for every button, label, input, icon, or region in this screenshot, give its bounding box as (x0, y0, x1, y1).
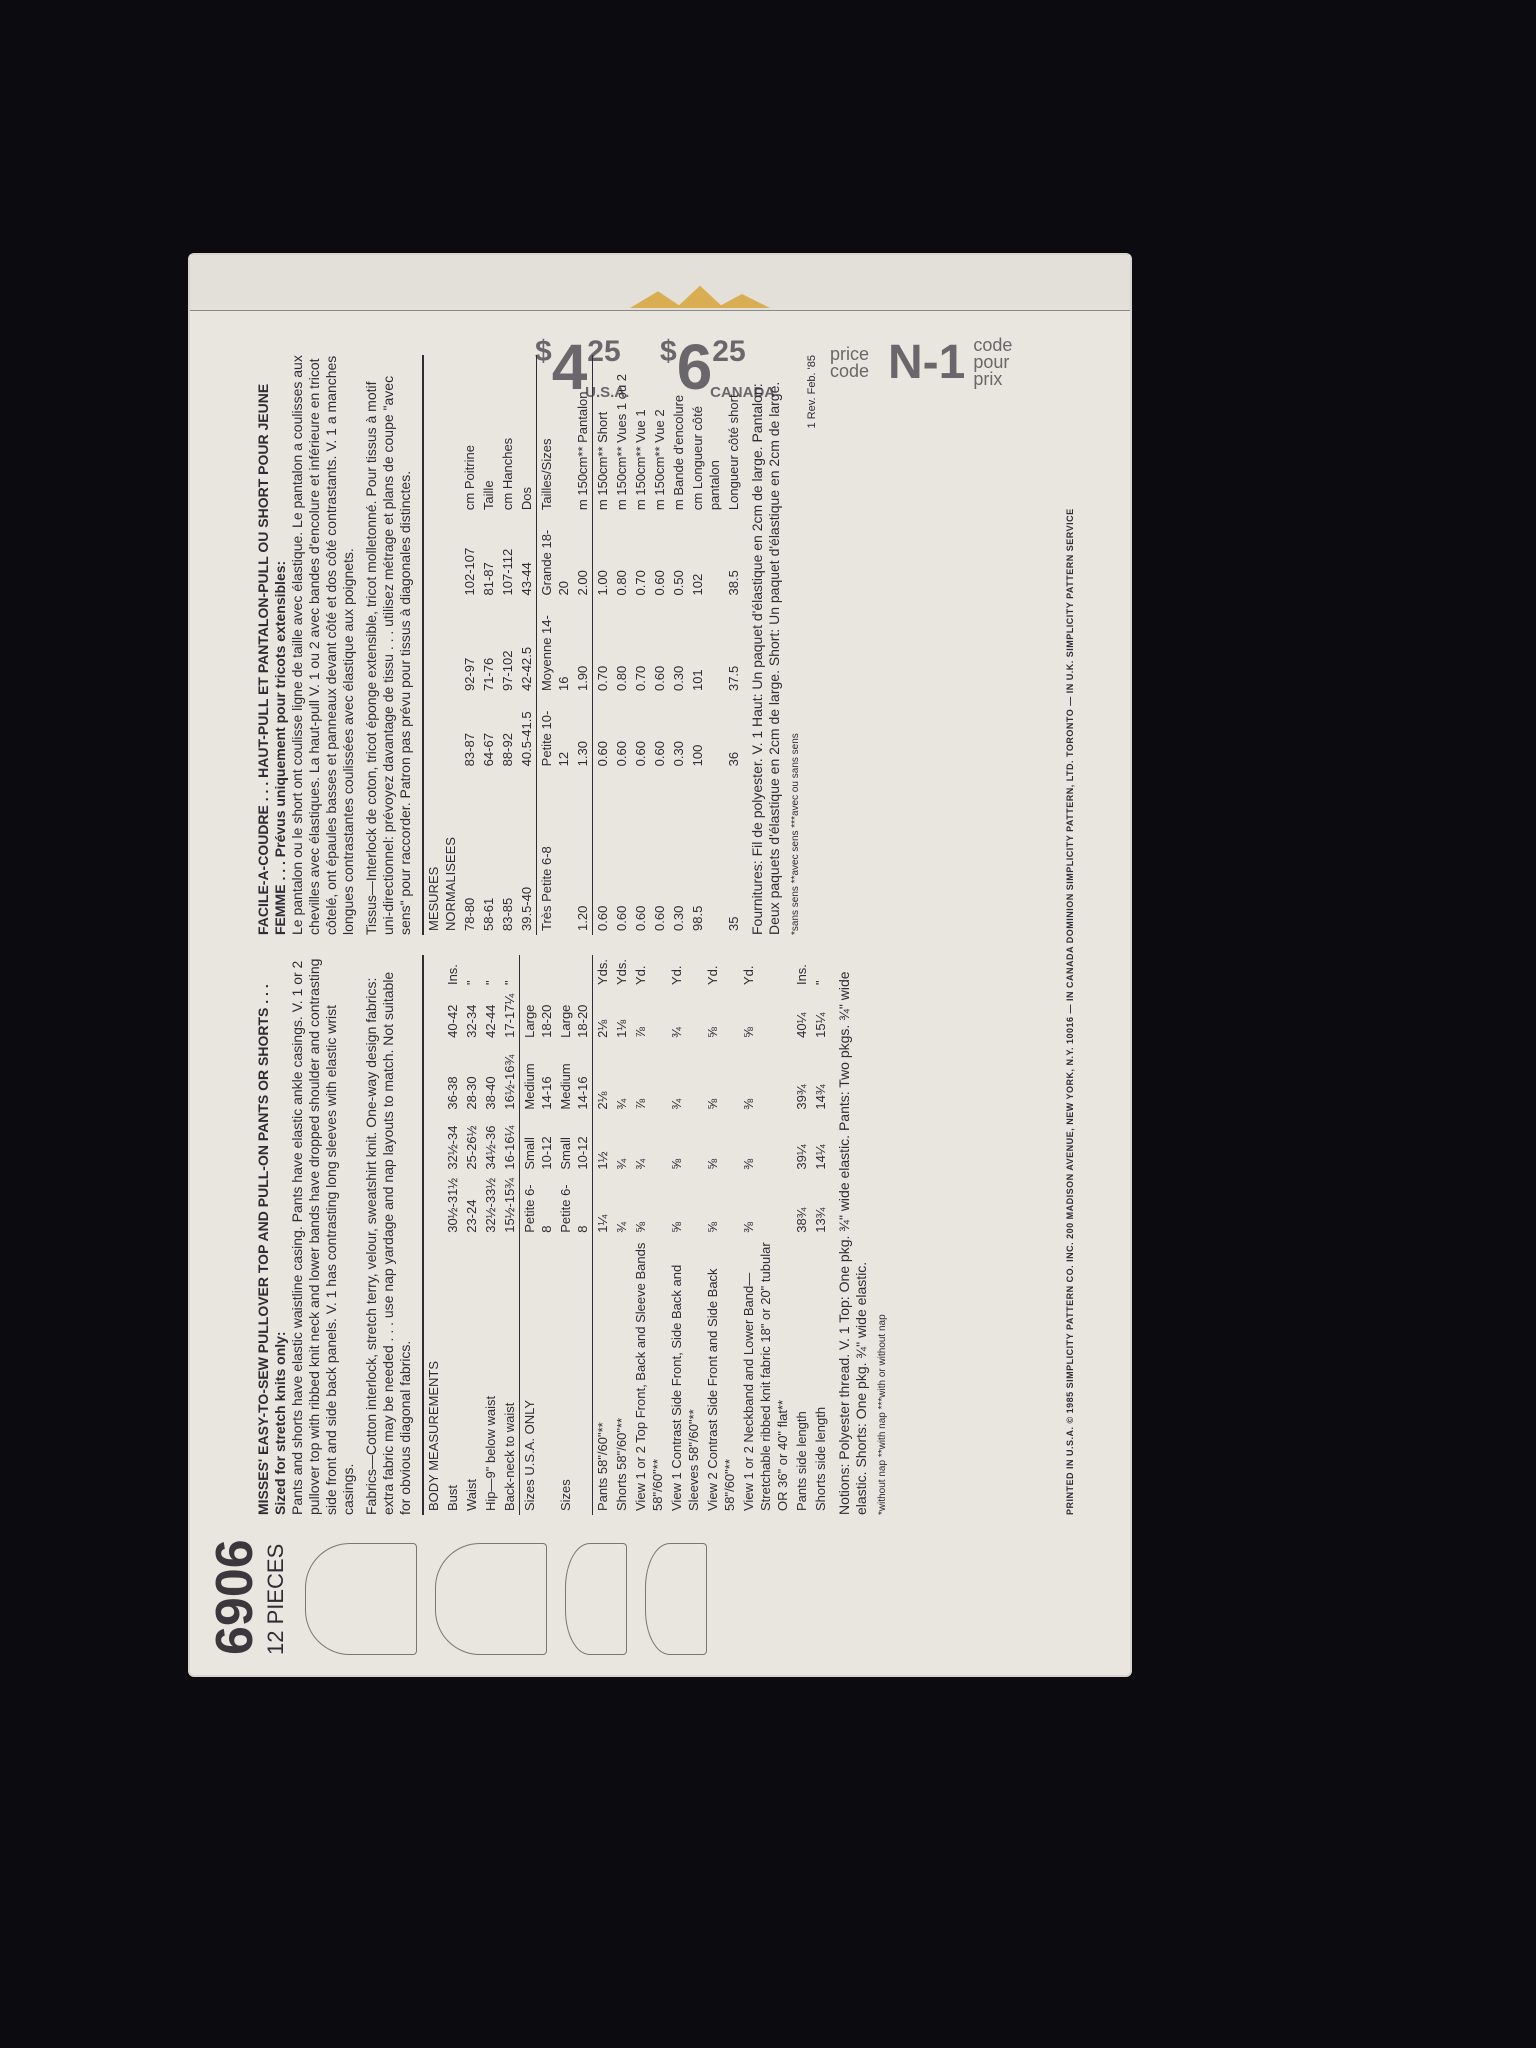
table-cell: Longueur côté short (724, 355, 743, 514)
yellow-tape (630, 280, 770, 308)
table-cell: Sizes U.S.A. ONLY (520, 1237, 557, 1515)
table-cell: 38.5 (724, 514, 743, 599)
table-cell: m 150cm** Short (593, 355, 613, 514)
table-cell: Yd. (667, 955, 703, 989)
table-cell: 32½-33½ (481, 1174, 500, 1237)
table-cell: 40.5-41.5 (517, 695, 537, 770)
table-cell: 78-80 (460, 770, 479, 935)
table-row: 98.5100101102cm Longueur côté pantalon (688, 355, 724, 935)
table-cell: 0.60 (612, 770, 631, 935)
table-cell: ⅞ (631, 1042, 667, 1114)
table-cell: 1.30 (573, 695, 593, 770)
table-cell: ¾ (612, 1042, 631, 1114)
table-cell: ⅞ (631, 989, 667, 1042)
french-section: FACILE-A-COUDRE . . . HAUT-PULL ET PANTA… (255, 355, 821, 935)
table-cell: Grande 18-20 (537, 514, 574, 599)
envelope-flap (190, 255, 1130, 311)
table-cell: 15½-15¾ (500, 1174, 520, 1237)
view-sketches (305, 1535, 725, 1655)
table-cell: 88-92 (498, 695, 517, 770)
table-cell (423, 514, 460, 599)
table-cell: 0.60 (631, 770, 650, 935)
table-row: View 1 or 2 Neckband and Lower Band—Stre… (739, 955, 792, 1515)
table-cell: 16½-16¾ (500, 1042, 520, 1114)
table-row: 83-8588-9297-102107-112cm Hanches (498, 355, 517, 935)
table-cell (423, 1042, 443, 1114)
table-cell: 0.60 (650, 514, 669, 599)
table-cell: 39¾ (792, 1042, 811, 1114)
table-cell: 0.70 (631, 600, 650, 696)
table-cell: 42-44 (481, 989, 500, 1042)
table-row: Back-neck to waist15½-15¾16-16¼16½-16¾17… (500, 955, 520, 1515)
table-cell: 14¼ (811, 1114, 830, 1174)
table-row: Hip—9" below waist32½-33½34½-3638-4042-4… (481, 955, 500, 1515)
table-cell: 32½-34 (443, 1114, 462, 1174)
table-cell: Taille (479, 355, 498, 514)
table-cell: Medium 14-16 (556, 1042, 593, 1114)
table-cell: 36-38 (443, 1042, 462, 1114)
table-cell: 107-112 (498, 514, 517, 599)
table-cell: 58-61 (479, 770, 498, 935)
pieces-count: 12 PIECES (263, 1544, 289, 1655)
table-cell: 0.80 (612, 600, 631, 696)
table-cell: 28-30 (462, 1042, 481, 1114)
table-cell: 39¼ (792, 1114, 811, 1174)
table-cell: 43-44 (517, 514, 537, 599)
table-cell: cm Longueur côté pantalon (688, 355, 724, 514)
table-cell: Shorts 58"/60"** (612, 1237, 631, 1515)
table-cell: 38¾ (792, 1174, 811, 1237)
table-row: Très Petite 6-8Petite 10-12Moyenne 14-16… (537, 355, 574, 935)
table-cell: " (811, 955, 830, 989)
table-cell: 16-16¼ (500, 1114, 520, 1174)
table-cell: ¾ (667, 1042, 703, 1114)
table-row: MESURES NORMALISEES (423, 355, 460, 935)
table-cell: ⅝ (631, 1174, 667, 1237)
table-cell: 1⅛ (612, 989, 631, 1042)
table-cell: Yd. (739, 955, 792, 989)
table-cell: Yd. (703, 955, 739, 989)
english-section: MISSES' EASY-TO-SEW PULLOVER TOP AND PUL… (255, 955, 891, 1515)
table-cell: 0.70 (593, 600, 613, 696)
table-cell: m 150cm** Vue 2 (650, 355, 669, 514)
table-cell: 97-102 (498, 600, 517, 696)
table-cell: 1.90 (573, 600, 593, 696)
table-cell: 0.50 (669, 514, 688, 599)
table-cell: 0.30 (669, 770, 688, 935)
table-cell: Sizes (556, 1237, 593, 1515)
table-cell: ⅜ (739, 1042, 792, 1114)
table-cell: 34½-36 (481, 1114, 500, 1174)
table-row: Sizes U.S.A. ONLYPetite 6-8Small 10-12Me… (520, 955, 557, 1515)
table-cell: m 150cm** Vues 1 ou 2 (612, 355, 631, 514)
table-cell: ¾ (612, 1174, 631, 1237)
table-cell: m 150cm** Vue 1 (631, 355, 650, 514)
table-row: 0.300.300.300.50m Bande d'encolure (669, 355, 688, 935)
table-cell: 2.00 (573, 514, 593, 599)
rotated-content: 6906 12 PIECES MISSES' EASY-TO-SEW PULLO… (225, 355, 1105, 1655)
table-cell: 102-107 (460, 514, 479, 599)
table-cell: 102 (688, 514, 724, 599)
table-cell: View 1 or 2 Neckband and Lower Band—Stre… (739, 1237, 792, 1515)
table-cell: 81-87 (479, 514, 498, 599)
table-row: Pants side length38¾39¼39¾40¼Ins. (792, 955, 811, 1515)
table-row: BODY MEASUREMENTS (423, 955, 443, 1515)
table-cell: 0.70 (631, 514, 650, 599)
pants-sketch (565, 1543, 627, 1655)
table-cell: ⅝ (703, 1174, 739, 1237)
table-cell: 25-26½ (462, 1114, 481, 1174)
table-cell (423, 355, 460, 514)
pattern-number: 6906 (205, 1539, 265, 1655)
table-cell: " (462, 955, 481, 989)
table-cell: Large 18-20 (556, 989, 593, 1042)
table-cell: 2⅛ (593, 989, 613, 1042)
table-cell: Pants side length (792, 1237, 811, 1515)
table-cell: 0.60 (650, 770, 669, 935)
table-cell: 13¾ (811, 1174, 830, 1237)
view-2-sketch (435, 1543, 547, 1655)
table-row: View 2 Contrast Side Front and Side Back… (703, 955, 739, 1515)
table-cell: ¾ (631, 1114, 667, 1174)
table-cell: 1½ (593, 1114, 613, 1174)
table-cell: 30½-31½ (443, 1174, 462, 1237)
table-row: Bust30½-31½32½-3436-3840-42Ins. (443, 955, 462, 1515)
table-cell: Petite 6-8 (520, 1174, 557, 1237)
table-cell: 39.5-40 (517, 770, 537, 935)
table-row: View 1 Contrast Side Front, Side Back an… (667, 955, 703, 1515)
table-cell (423, 600, 460, 696)
table-cell: 14¾ (811, 1042, 830, 1114)
table-cell: Hip—9" below waist (481, 1237, 500, 1515)
table-cell (520, 955, 557, 989)
table-cell: 100 (688, 695, 724, 770)
table-cell: 0.30 (669, 695, 688, 770)
table-cell (423, 989, 443, 1042)
table-cell: Moyenne 14-16 (537, 600, 574, 696)
table-row: Shorts side length13¾14¼14¾15¼" (811, 955, 830, 1515)
table-cell: ⅝ (739, 989, 792, 1042)
pattern-envelope: $425 U.S.A. $625 CANADA price code N-1 c… (190, 255, 1130, 1675)
table-cell: 40-42 (443, 989, 462, 1042)
table-cell: 1¼ (593, 1174, 613, 1237)
table-cell: 101 (688, 600, 724, 696)
table-cell (423, 1114, 443, 1174)
table-row: 78-8083-8792-97102-107cm Poitrine (460, 355, 479, 935)
table-cell (423, 695, 460, 770)
table-cell: cm Hanches (498, 355, 517, 514)
table-cell: Bust (443, 1237, 462, 1515)
table-cell: 98.5 (688, 770, 724, 935)
table-row: 353637.538.5Longueur côté short (724, 355, 743, 935)
table-cell: BODY MEASUREMENTS (423, 1237, 443, 1515)
table-cell: 23-24 (462, 1174, 481, 1237)
table-cell: Medium 14-16 (520, 1042, 557, 1114)
table-cell (423, 955, 443, 989)
table-cell: 40¼ (792, 989, 811, 1042)
table-cell: cm Poitrine (460, 355, 479, 514)
table-cell: View 1 Contrast Side Front, Side Back an… (667, 1237, 703, 1515)
table-cell: Small 10-12 (556, 1114, 593, 1174)
table-row: Pants 58"/60"**1¼1½2⅛2⅛Yds. (593, 955, 613, 1515)
table-cell: 37.5 (724, 600, 743, 696)
table-row: 39.5-4040.5-41.542-42.543-44Dos (517, 355, 537, 935)
table-cell: ⅜ (739, 1114, 792, 1174)
printer-footer: PRINTED IN U.S.A. © 1985 SIMPLICITY PATT… (1065, 508, 1075, 1515)
english-measurement-table: BODY MEASUREMENTSBust30½-31½32½-3436-384… (422, 955, 830, 1515)
table-cell: Dos (517, 355, 537, 514)
table-cell: ¾ (612, 1114, 631, 1174)
table-row: 0.600.600.600.60m 150cm** Vue 2 (650, 355, 669, 935)
table-cell: m 150cm** Pantalon (573, 355, 593, 514)
table-cell: Back-neck to waist (500, 1237, 520, 1515)
table-cell: Tailles/Sizes (537, 355, 574, 514)
table-row: 0.600.600.800.80m 150cm** Vues 1 ou 2 (612, 355, 631, 935)
table-cell: ⅝ (703, 989, 739, 1042)
table-cell: 0.80 (612, 514, 631, 599)
table-row: Shorts 58"/60"**¾¾¾1⅛Yds. (612, 955, 631, 1515)
table-cell: 64-67 (479, 695, 498, 770)
table-cell: ⅝ (703, 1114, 739, 1174)
table-row: SizesPetite 6-8Small 10-12Medium 14-16La… (556, 955, 593, 1515)
table-cell: 1.20 (573, 770, 593, 935)
table-cell: 15¼ (811, 989, 830, 1042)
table-cell: 42-42.5 (517, 600, 537, 696)
shorts-sketch (645, 1543, 707, 1655)
table-cell: 0.60 (650, 695, 669, 770)
table-row: View 1 or 2 Top Front, Back and Sleeve B… (631, 955, 667, 1515)
table-cell (423, 1174, 443, 1237)
table-cell: 35 (724, 770, 743, 935)
table-cell: 83-85 (498, 770, 517, 935)
table-cell: 0.60 (631, 695, 650, 770)
table-cell: Ins. (792, 955, 811, 989)
table-cell: Petite 6-8 (556, 1174, 593, 1237)
table-cell: 83-87 (460, 695, 479, 770)
french-measurement-table: MESURES NORMALISEES78-8083-8792-97102-10… (422, 355, 743, 935)
table-cell: View 2 Contrast Side Front and Side Back… (703, 1237, 739, 1515)
table-cell: MESURES NORMALISEES (423, 770, 460, 935)
table-cell: m Bande d'encolure (669, 355, 688, 514)
table-row: 1.201.301.902.00m 150cm** Pantalon (573, 355, 593, 935)
table-cell: 0.60 (612, 695, 631, 770)
table-cell: 0.60 (593, 770, 613, 935)
table-cell: ⅜ (739, 1174, 792, 1237)
table-cell: 17-17¼ (500, 989, 520, 1042)
table-cell: 71-76 (479, 600, 498, 696)
table-cell: 0.60 (593, 695, 613, 770)
table-cell: 38-40 (481, 1042, 500, 1114)
table-cell: 0.60 (650, 600, 669, 696)
table-cell: ¾ (667, 989, 703, 1042)
table-cell: Petite 10-12 (537, 695, 574, 770)
table-cell: Shorts side length (811, 1237, 830, 1515)
table-cell: 2⅛ (593, 1042, 613, 1114)
table-cell: ⅝ (703, 1042, 739, 1114)
table-cell: 92-97 (460, 600, 479, 696)
table-cell: Small 10-12 (520, 1114, 557, 1174)
table-cell: Très Petite 6-8 (537, 770, 574, 935)
table-row: 0.600.600.701.00m 150cm** Short (593, 355, 613, 935)
table-cell: Yds. (593, 955, 613, 989)
table-row: 58-6164-6771-7681-87Taille (479, 355, 498, 935)
table-cell: 0.30 (669, 600, 688, 696)
table-cell: ⅝ (667, 1174, 703, 1237)
table-cell (556, 955, 593, 989)
table-row: Waist23-2425-26½28-3032-34" (462, 955, 481, 1515)
table-cell: 32-34 (462, 989, 481, 1042)
table-cell: Pants 58"/60"** (593, 1237, 613, 1515)
table-cell: Large 18-20 (520, 989, 557, 1042)
table-cell: ⅝ (667, 1114, 703, 1174)
table-cell: " (481, 955, 500, 989)
table-cell: 36 (724, 695, 743, 770)
view-1-sketch (305, 1543, 417, 1655)
table-cell: 1.00 (593, 514, 613, 599)
table-cell: Yd. (631, 955, 667, 989)
table-cell: Yds. (612, 955, 631, 989)
table-cell: View 1 or 2 Top Front, Back and Sleeve B… (631, 1237, 667, 1515)
table-row: 0.600.600.700.70m 150cm** Vue 1 (631, 355, 650, 935)
table-cell: Waist (462, 1237, 481, 1515)
table-cell: " (500, 955, 520, 989)
table-cell: Ins. (443, 955, 462, 989)
